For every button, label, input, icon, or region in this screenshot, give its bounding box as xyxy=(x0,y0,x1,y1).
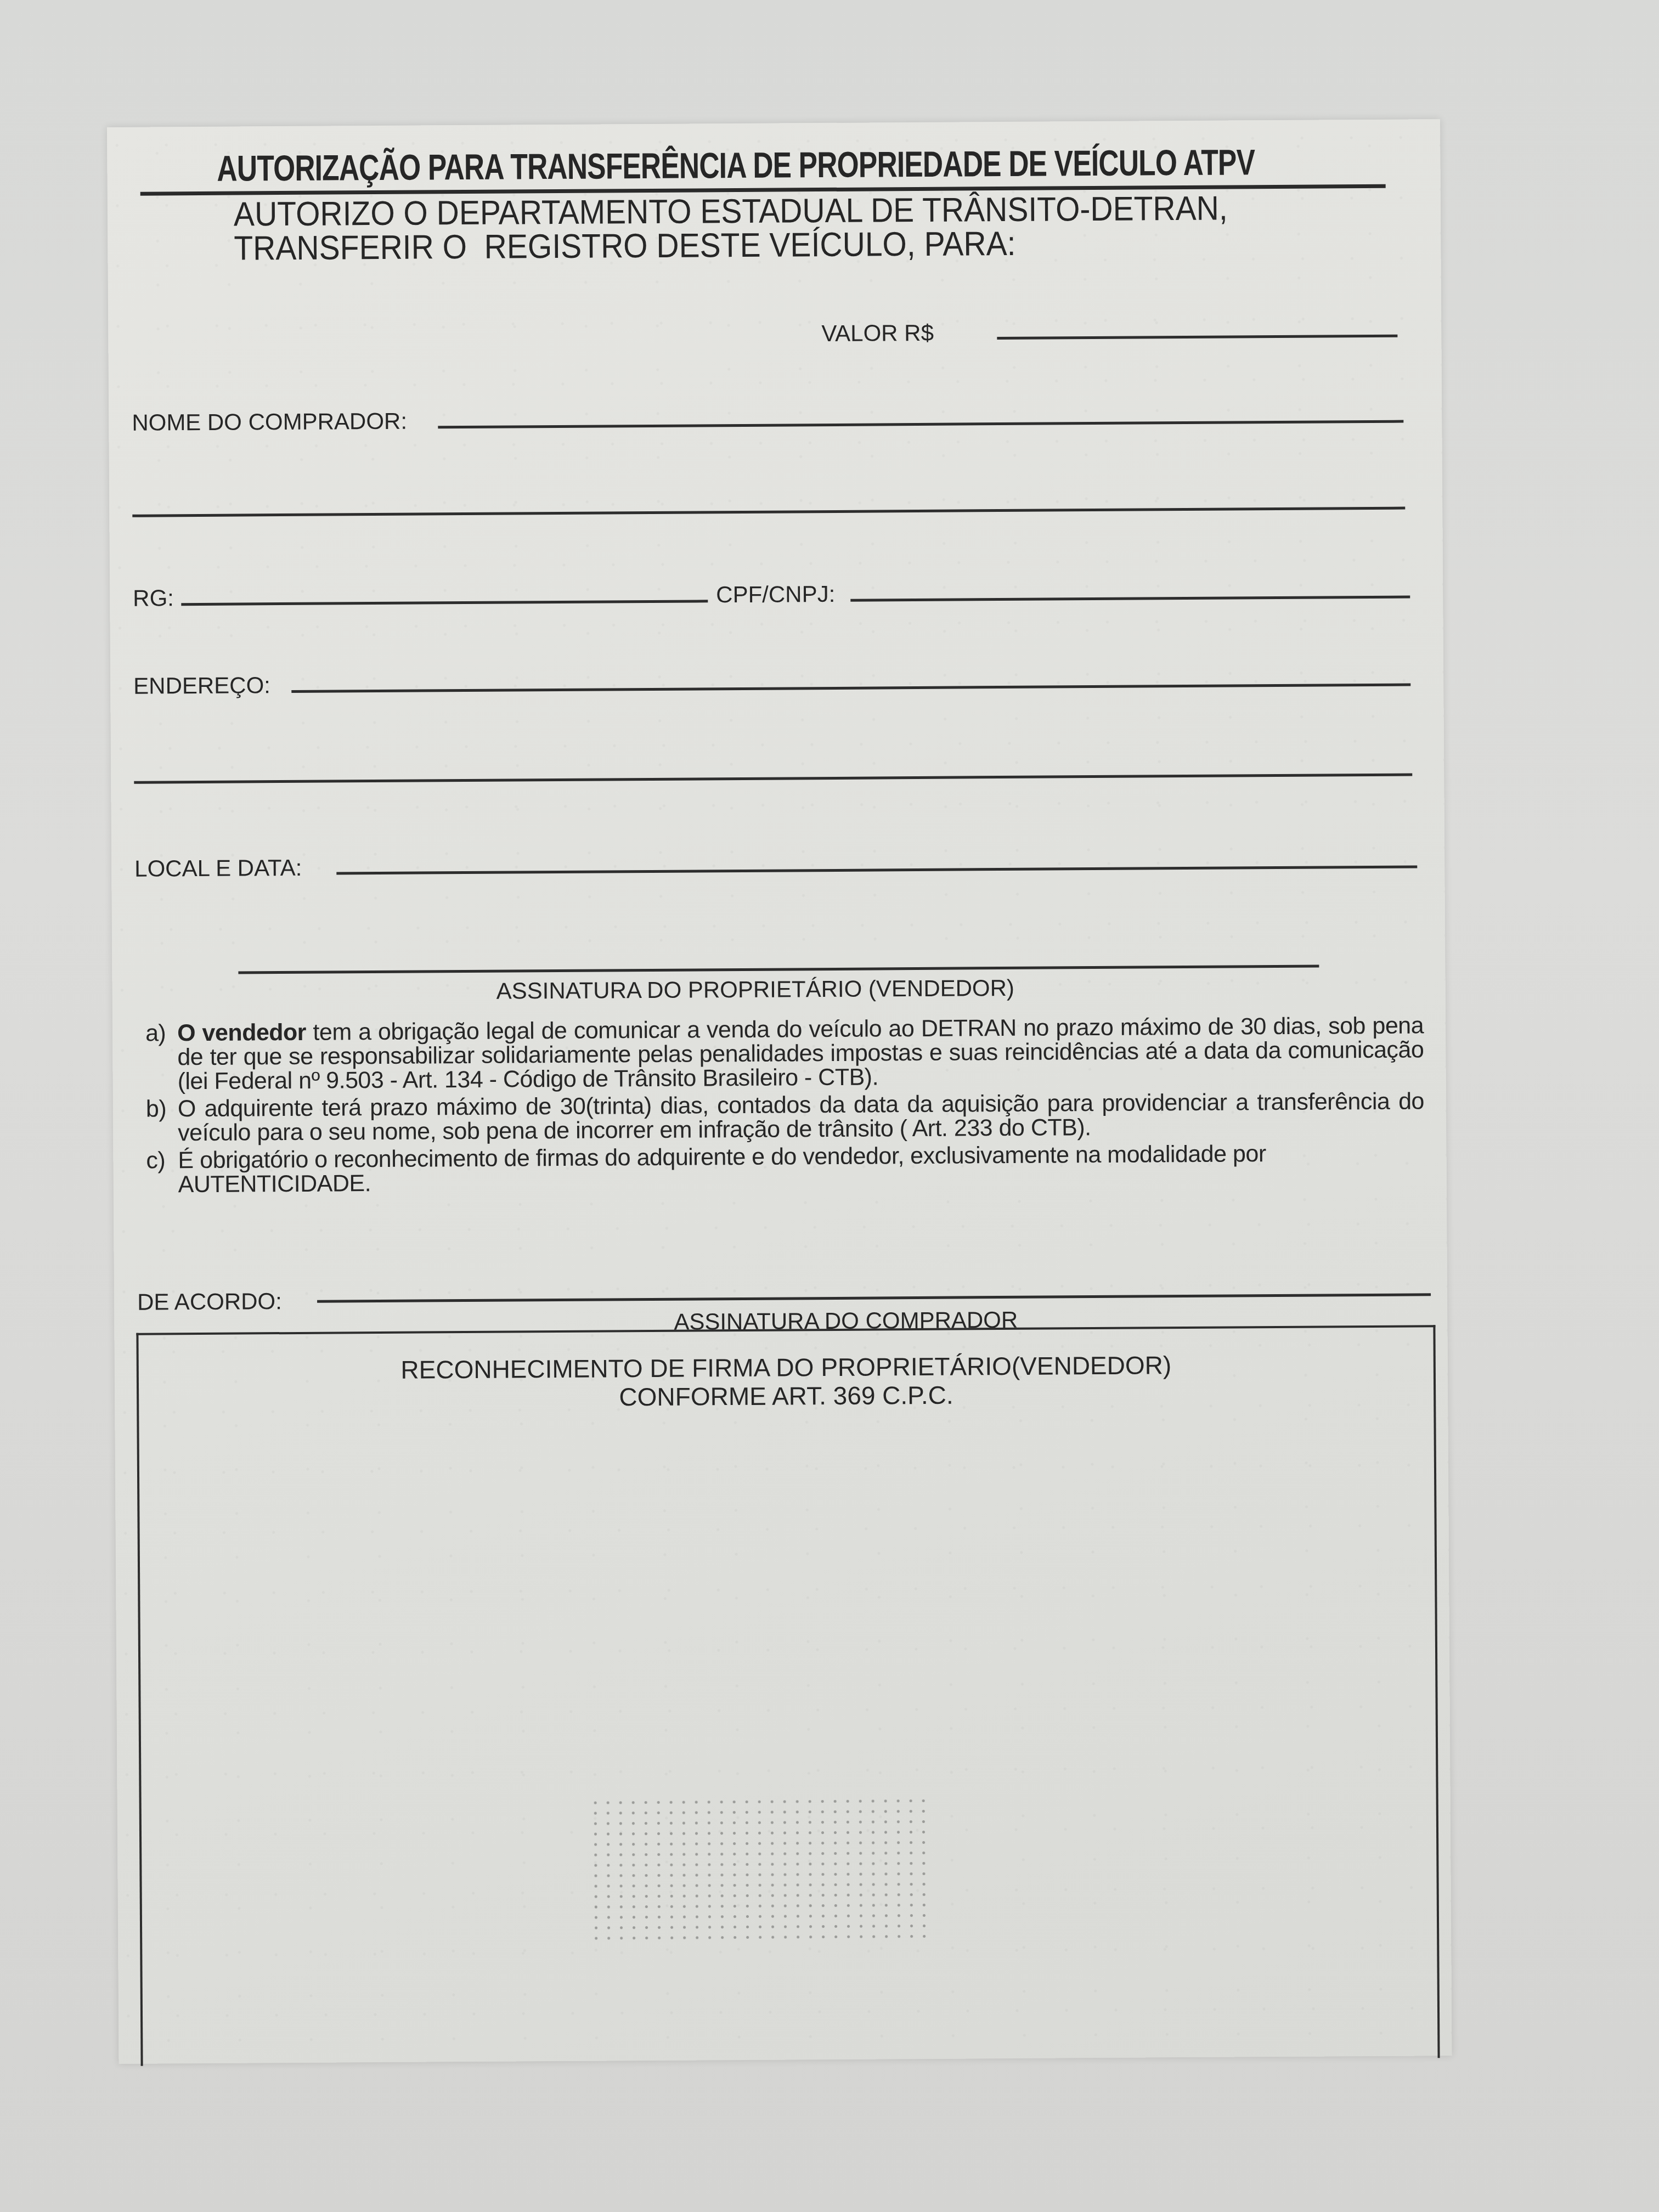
note-bold: O vendedor xyxy=(177,1019,306,1046)
note-b: b) O adquirente terá prazo máximo de 30(… xyxy=(146,1089,1424,1145)
cpf-cnpj-label: CPF/CNPJ: xyxy=(716,581,835,608)
endereco-field-line-2[interactable] xyxy=(134,773,1412,783)
endereco-label: ENDEREÇO: xyxy=(133,672,270,699)
rg-label: RG: xyxy=(133,585,174,611)
note-marker: b) xyxy=(146,1097,178,1145)
note-marker: a) xyxy=(145,1021,178,1093)
note-a: a) O vendedor tem a obrigação legal de c… xyxy=(145,1013,1424,1093)
note-text: tem a obrigação legal de comunicar a ven… xyxy=(177,1012,1424,1094)
nome-comprador-field[interactable] xyxy=(438,420,1403,429)
local-data-label: LOCAL E DATA: xyxy=(134,855,302,882)
endereco-field[interactable] xyxy=(291,684,1410,693)
valor-field[interactable] xyxy=(997,335,1397,340)
cpf-cnpj-field[interactable] xyxy=(850,596,1410,602)
rg-field[interactable] xyxy=(181,600,708,606)
legal-notes: a) O vendedor tem a obrigação legal de c… xyxy=(145,1013,1425,1200)
note-marker: c) xyxy=(146,1148,178,1197)
de-acordo-label: DE ACORDO: xyxy=(137,1288,282,1316)
local-data-field[interactable] xyxy=(336,865,1417,874)
valor-label: VALOR R$ xyxy=(821,320,934,347)
nome-comprador-label: NOME DO COMPRADOR: xyxy=(132,408,407,436)
authorization-statement: AUTORIZO O DEPARTAMENTO ESTADUAL DE TRÂN… xyxy=(234,192,1228,266)
seller-signature-line[interactable] xyxy=(238,965,1319,974)
note-c: c) É obrigatório o reconhecimento de fir… xyxy=(146,1141,1424,1197)
note-text: É obrigatório o reconhecimento de firmas… xyxy=(178,1141,1266,1198)
intro-line-2: TRANSFERIR O REGISTRO DESTE VEÍCULO, PAR… xyxy=(234,225,1016,268)
buyer-signature-line[interactable] xyxy=(317,1293,1431,1302)
faded-stamp-mark xyxy=(589,1796,930,1940)
notary-box-title: RECONHECIMENTO DE FIRMA DO PROPRIETÁRIO(… xyxy=(139,1349,1434,1414)
seller-signature-caption: ASSINATURA DO PROPRIETÁRIO (VENDEDOR) xyxy=(496,975,1014,1005)
atpv-form-paper: AUTORIZAÇÃO PARA TRANSFERÊNCIA DE PROPRI… xyxy=(107,119,1452,2064)
notary-recognition-box: RECONHECIMENTO DE FIRMA DO PROPRIETÁRIO(… xyxy=(136,1325,1440,2066)
nome-comprador-field-line-2[interactable] xyxy=(132,507,1405,517)
form-title: AUTORIZAÇÃO PARA TRANSFERÊNCIA DE PROPRI… xyxy=(217,142,1115,189)
note-text: O adquirente terá prazo máximo de 30(tri… xyxy=(178,1088,1424,1146)
